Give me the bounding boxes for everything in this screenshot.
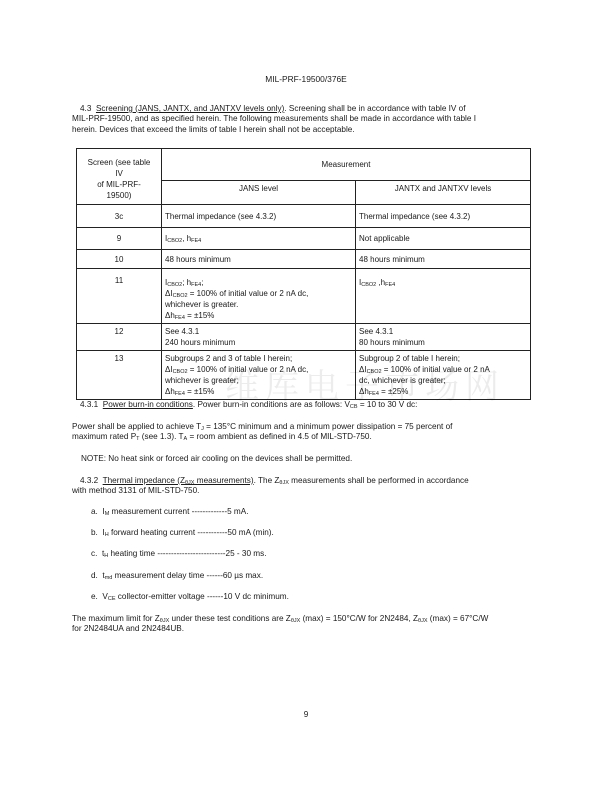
jantx-cell: Not applicable <box>356 228 531 250</box>
section-number: 4.3 <box>80 104 91 113</box>
screen-cell: 3c <box>77 205 162 228</box>
jans-cell: ICBO2, hFE4 <box>162 228 356 250</box>
screen-cell: 13 <box>77 351 162 400</box>
section-4-3: 4.3 Screening (JANS, JANTX, and JANTXV l… <box>72 104 542 135</box>
table-row: 3cThermal impedance (see 4.3.2)Thermal i… <box>77 205 531 228</box>
burn-in-paragraph: Power shall be applied to achieve TJ = 1… <box>72 422 542 443</box>
jantx-cell: ICBO2 ,hFE4 <box>356 269 531 324</box>
table-row: 1048 hours minimum48 hours minimum <box>77 250 531 269</box>
screen-cell: 11 <box>77 269 162 324</box>
section-4-3-2: 4.3.2 Thermal impedance (ZθJX measuremen… <box>72 476 542 497</box>
limit-paragraph: The maximum limit for ZθJX under these t… <box>72 614 542 635</box>
list-item: b. IH forward heating current ----------… <box>91 528 274 538</box>
jans-cell: Thermal impedance (see 4.3.2) <box>162 205 356 228</box>
list-item: c. tH heating time ---------------------… <box>91 549 266 559</box>
page-number: 9 <box>0 710 612 720</box>
list-item: e. VCE collector-emitter voltage ------1… <box>91 592 289 602</box>
section-title: Power burn-in conditions <box>103 400 193 409</box>
section-text: MIL-PRF-19500, and as specified herein. … <box>72 114 542 124</box>
jans-cell: See 4.3.1240 hours minimum <box>162 324 356 351</box>
measurement-group-header: Measurement <box>162 149 531 181</box>
jantx-column-header: JANTX and JANTXV levels <box>356 181 531 205</box>
jantx-cell: Thermal impedance (see 4.3.2) <box>356 205 531 228</box>
jantx-cell: See 4.3.180 hours minimum <box>356 324 531 351</box>
section-text: . Screening shall be in accordance with … <box>284 104 465 113</box>
list-item: d. tmd measurement delay time ------60 µ… <box>91 571 263 581</box>
jantx-cell: 48 hours minimum <box>356 250 531 269</box>
screen-cell: 12 <box>77 324 162 351</box>
table-row: 11ICBO2; hFE4;ΔICBO2 = 100% of initial v… <box>77 269 531 324</box>
screen-cell: 10 <box>77 250 162 269</box>
list-item: a. IM measurement current -------------5… <box>91 507 248 517</box>
table-row: 12See 4.3.1240 hours minimumSee 4.3.180 … <box>77 324 531 351</box>
section-title: Screening (JANS, JANTX, and JANTXV level… <box>96 104 284 113</box>
screening-table: Screen (see tableIVof MIL-PRF-19500) Mea… <box>76 148 531 400</box>
document-header: MIL-PRF-19500/376E <box>0 74 612 85</box>
section-text: herein. Devices that exceed the limits o… <box>72 125 542 135</box>
jans-cell: ICBO2; hFE4;ΔICBO2 = 100% of initial val… <box>162 269 356 324</box>
screen-column-header: Screen (see tableIVof MIL-PRF-19500) <box>77 149 162 205</box>
jans-cell: 48 hours minimum <box>162 250 356 269</box>
screen-cell: 9 <box>77 228 162 250</box>
section-title: Thermal impedance (ZθJX measurements) <box>103 476 254 485</box>
table-row: 9ICBO2, hFE4Not applicable <box>77 228 531 250</box>
jans-column-header: JANS level <box>162 181 356 205</box>
note: NOTE: No heat sink or forced air cooling… <box>72 454 551 464</box>
section-4-3-1: 4.3.1 Power burn-in conditions. Power bu… <box>72 400 542 410</box>
